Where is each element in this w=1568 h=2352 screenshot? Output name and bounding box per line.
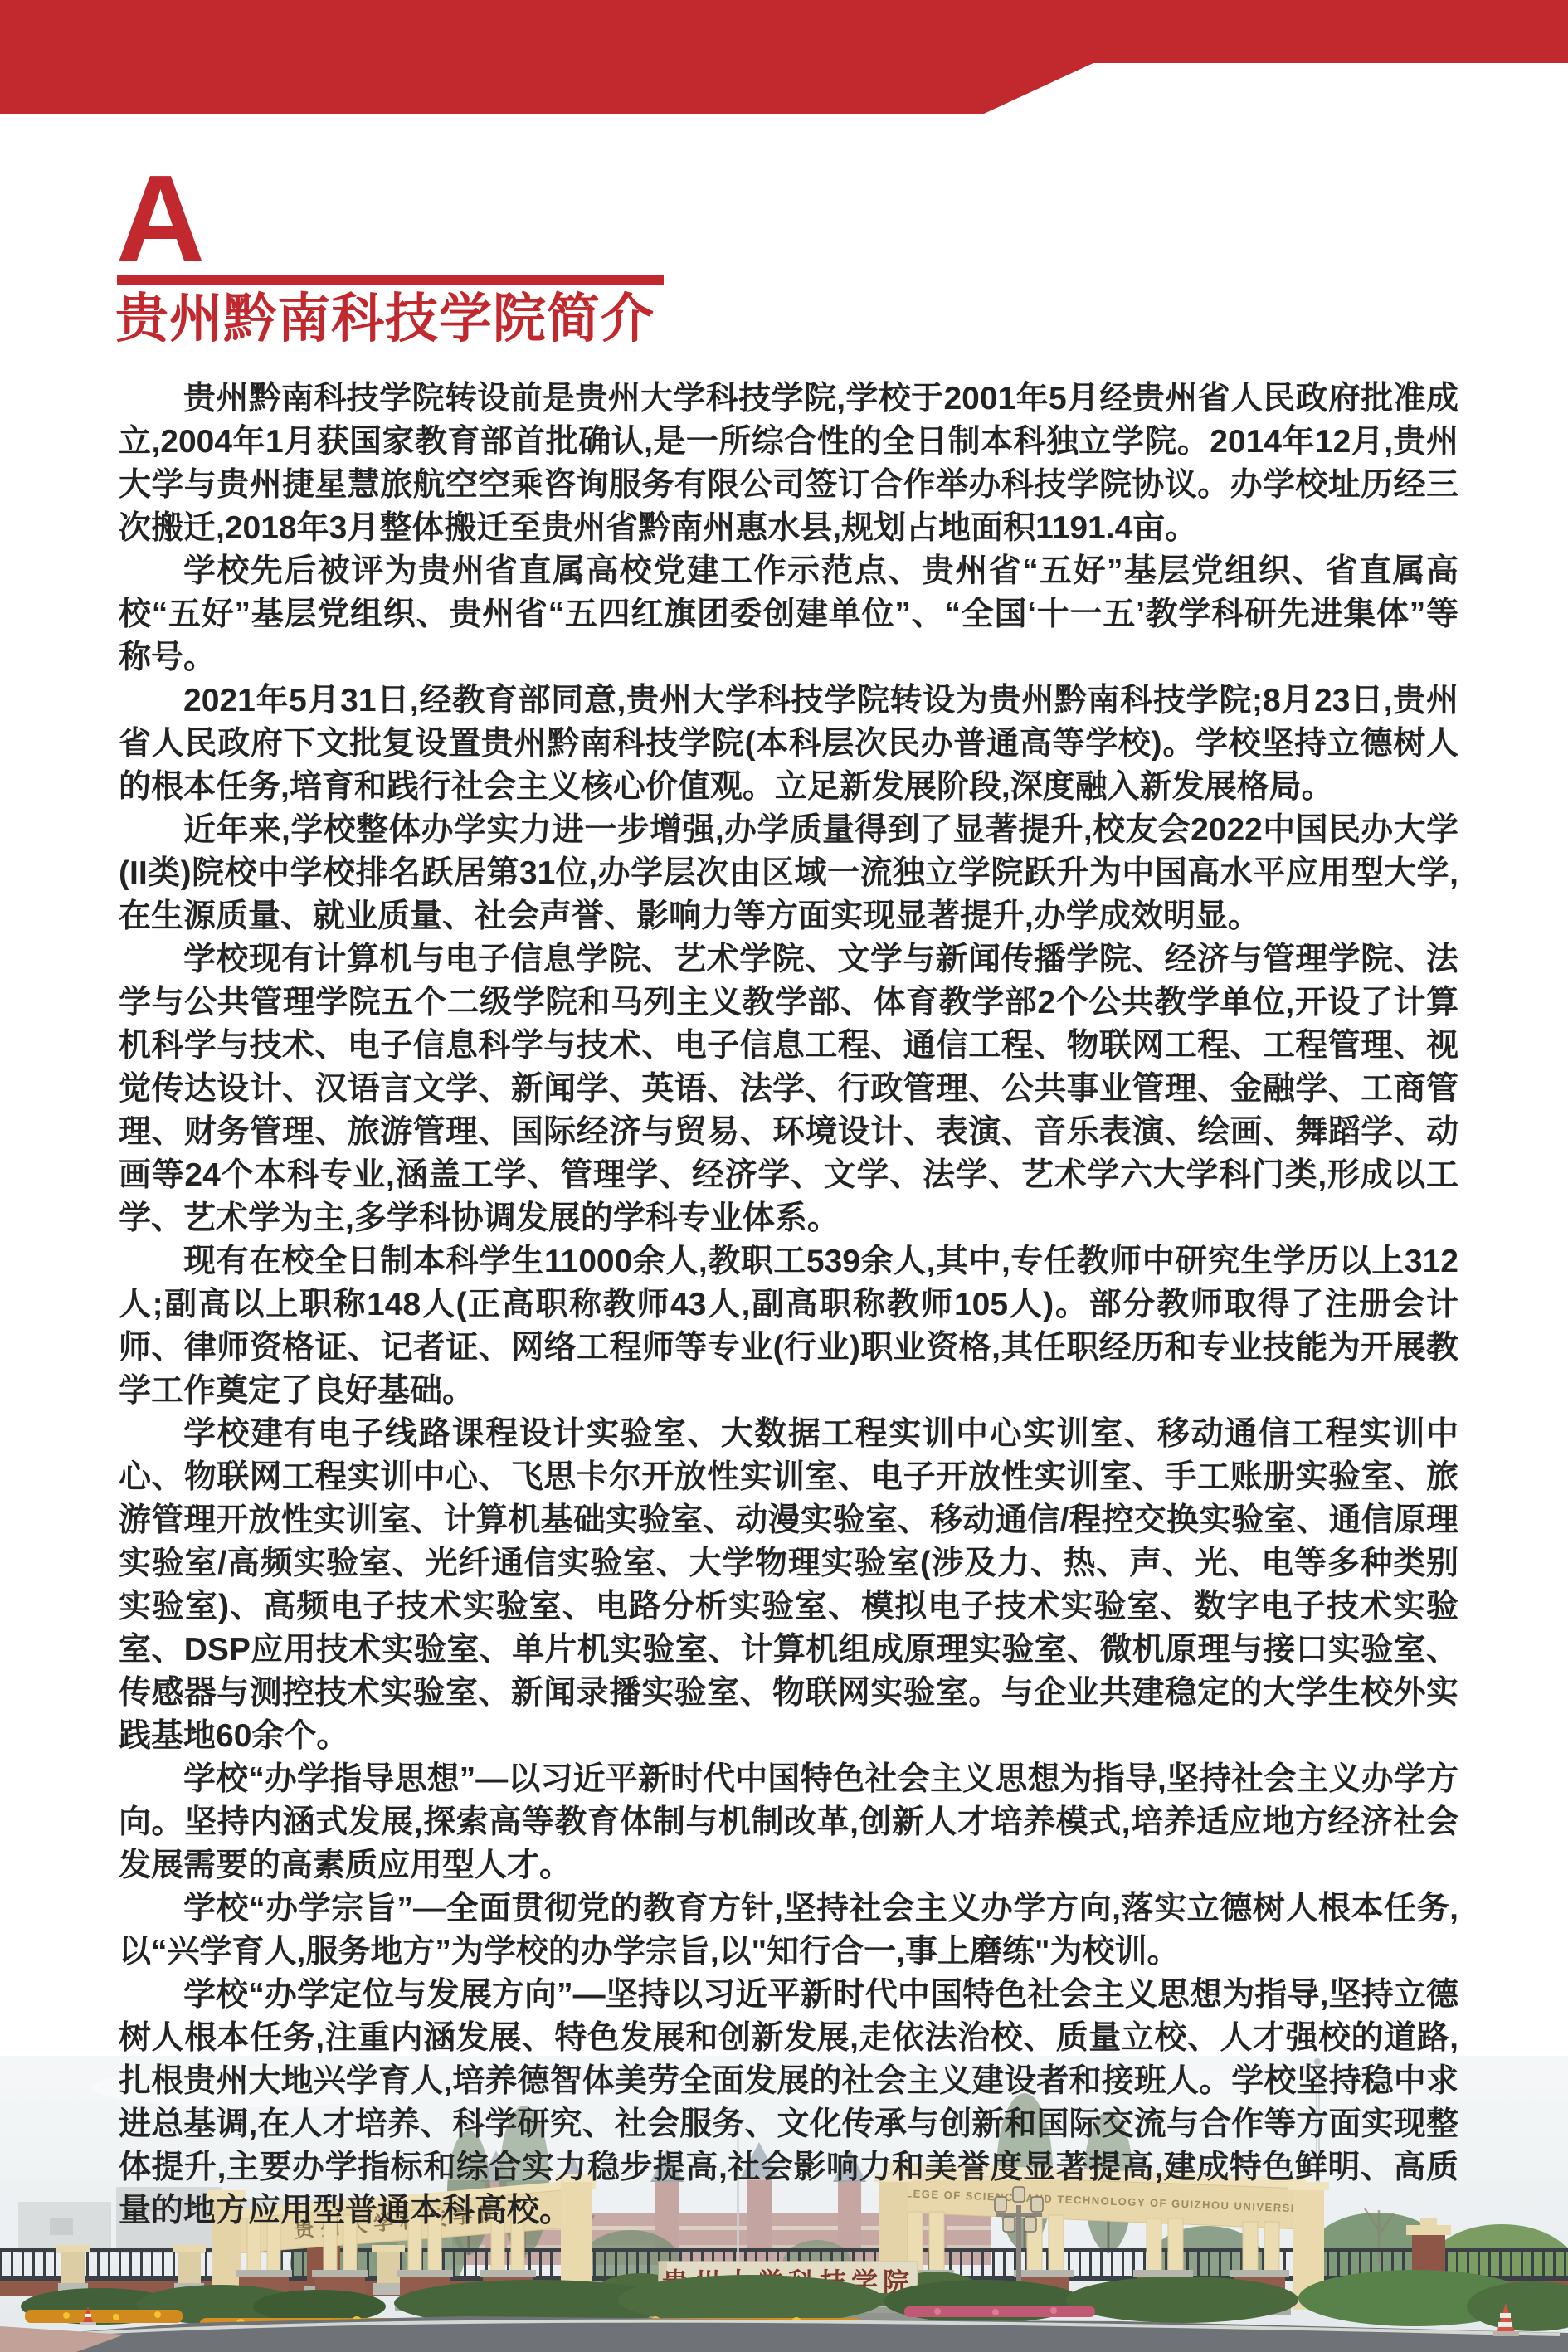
brochure-page: A 贵州黔南科技学院简介 贵州黔南科技学院转设前是贵州大学科技学院,学校于200… (0, 0, 1568, 2352)
paragraph-guiding-ideology: 学校“办学指导思想”—以习近平新时代中国特色社会主义思想为指导,坚持社会主义办学… (119, 1758, 1458, 1887)
paragraph-mission: 学校“办学宗旨”—全面贯彻党的教育方针,坚持社会主义办学方向,落实立德树人根本任… (119, 1887, 1458, 1974)
banner-shape (0, 0, 1568, 114)
paragraph-ranking: 近年来,学校整体办学实力进一步增强,办学质量得到了显著提升,校友会2022中国民… (119, 809, 1458, 938)
page-title: 贵州黔南科技学院简介 (115, 292, 655, 345)
paragraph-staff: 现有在校全日制本科学生11000余人,教职工539余人,其中,专任教师中研究生学… (119, 1240, 1458, 1413)
paragraph-honors: 学校先后被评为贵州省直属高校党建工作示范点、贵州省“五好”基层党组织、省直属高校… (119, 550, 1458, 679)
paragraph-transition: 2021年5月31日,经教育部同意,贵州大学科技学院转设为贵州黔南科技学院;8月… (119, 679, 1458, 809)
title-underline (117, 275, 664, 285)
paragraph-schools-majors: 学校现有计算机与电子信息学院、艺术学院、文学与新闻传播学院、经济与管理学院、法学… (119, 938, 1458, 1240)
paragraph-labs: 学校建有电子线路课程设计实验室、大数据工程实训中心实训室、移动通信工程实训中心、… (119, 1413, 1458, 1758)
paragraph-positioning: 学校“办学定位与发展方向”—坚持以习近平新时代中国特色社会主义思想为指导,坚持立… (119, 1974, 1458, 2233)
article-body: 贵州黔南科技学院转设前是贵州大学科技学院,学校于2001年5月经贵州省人民政府批… (119, 377, 1458, 2233)
paragraph-history: 贵州黔南科技学院转设前是贵州大学科技学院,学校于2001年5月经贵州省人民政府批… (119, 377, 1458, 550)
header-red-banner (0, 0, 1568, 116)
section-letter: A (116, 158, 205, 280)
